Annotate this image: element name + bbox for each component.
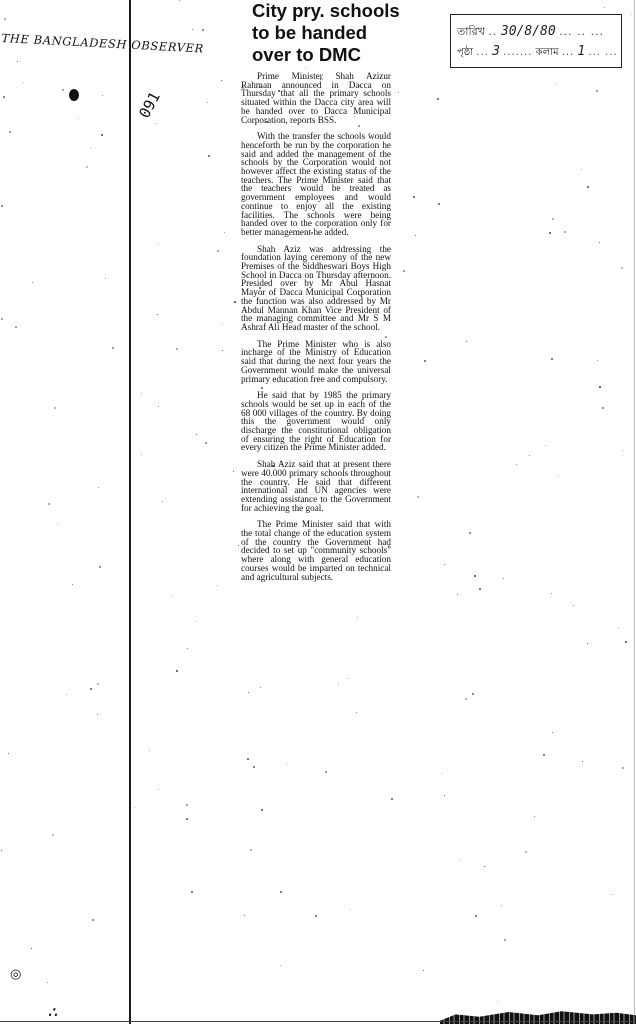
stamp-page-value: 3 bbox=[492, 44, 500, 59]
dot-leader: ....... bbox=[503, 47, 532, 58]
headline-line: over to DMC bbox=[252, 44, 400, 66]
stamp-page-label: পৃষ্ঠা bbox=[457, 47, 473, 58]
stamp-date-value: 30/8/80 bbox=[501, 24, 556, 39]
article-paragraph: He said that by 1985 the primary schools… bbox=[241, 391, 391, 452]
ink-blot bbox=[69, 89, 79, 101]
article-paragraph: Shah Aziz was addressing the foundation … bbox=[241, 245, 391, 332]
headline-line: City pry. schools bbox=[252, 0, 400, 22]
page-bottom-edge bbox=[0, 1021, 636, 1022]
article-paragraph: With the transfer the schools would henc… bbox=[241, 132, 391, 236]
stamp-date-row: তারিখ .. 30/8/80 ... .. ... bbox=[457, 23, 604, 42]
scan-smudge: ∴ bbox=[48, 1005, 57, 1022]
column-divider-rule bbox=[129, 0, 131, 1024]
dot-leader: ... bbox=[562, 47, 575, 58]
dot-leader: .. bbox=[488, 25, 497, 38]
article-paragraph: The Prime Minister who is also incharge … bbox=[241, 340, 391, 384]
handwritten-page-number: 091 bbox=[135, 89, 164, 121]
article-paragraph: The Prime Minister said that with the to… bbox=[241, 520, 391, 581]
article-paragraph: Prime Minister Shah Azizur Rahman announ… bbox=[241, 72, 391, 124]
stamp-column-label: কলাম bbox=[536, 47, 559, 58]
stamp-column-value: 1 bbox=[577, 44, 585, 59]
article-body: Prime Minister Shah Azizur Rahman announ… bbox=[241, 72, 391, 589]
stamp-date-label: তারিখ bbox=[457, 25, 485, 38]
dot-leader: ... bbox=[476, 47, 489, 58]
page-edge bbox=[634, 0, 635, 1024]
headline-line: to be handed bbox=[252, 22, 400, 44]
newspaper-masthead: THE BANGLADESH OBSERVER bbox=[1, 31, 204, 56]
archive-stamp: তারিখ .. 30/8/80 ... .. ... পৃষ্ঠা ... 3… bbox=[450, 14, 622, 68]
article-paragraph: Shah Aziz said that at present there wer… bbox=[241, 460, 391, 512]
scan-smudge: ◎ bbox=[10, 966, 21, 982]
dot-leader: ... .. ... bbox=[559, 25, 604, 38]
stamp-page-row: পৃষ্ঠা ... 3 ....... কলাম ... 1 ... ... bbox=[457, 44, 618, 62]
dot-leader: ... ... bbox=[588, 47, 617, 58]
article-headline: City pry. schools to be handed over to D… bbox=[252, 0, 400, 66]
